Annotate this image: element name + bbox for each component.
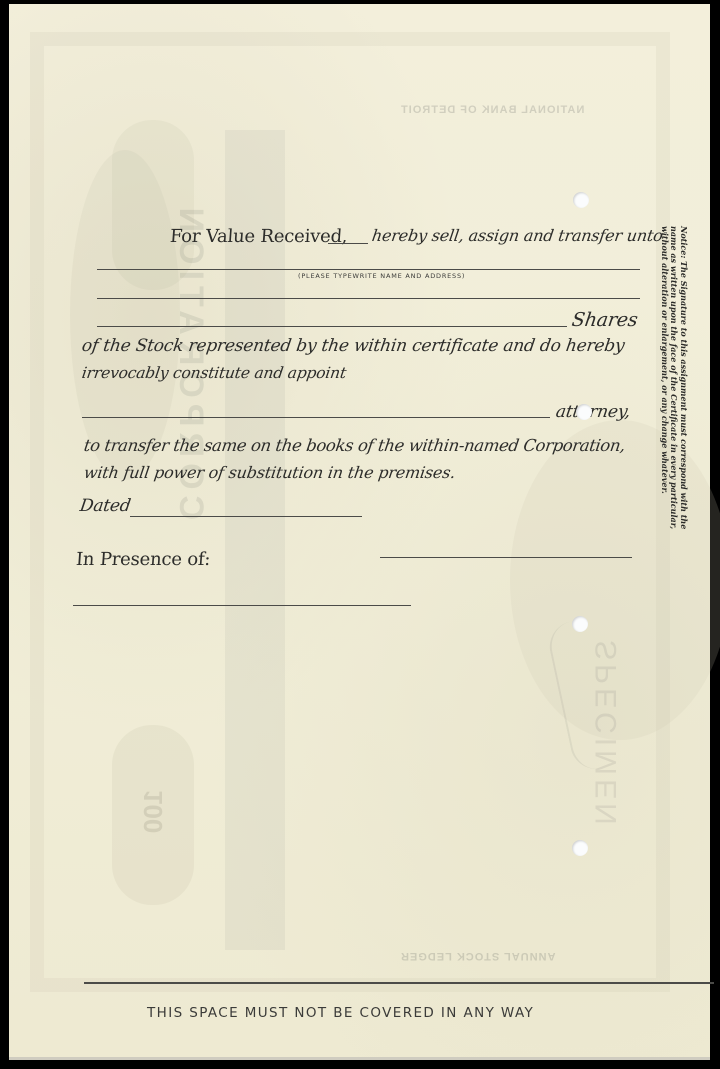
substitution-text: with full power of substitution in the p… bbox=[83, 463, 457, 482]
date-line[interactable] bbox=[130, 516, 362, 517]
dated-label: Dated bbox=[79, 496, 132, 516]
punch-hole-2 bbox=[576, 404, 592, 420]
do-not-cover-warning: THIS SPACE MUST NOT BE COVERED IN ANY WA… bbox=[147, 1005, 534, 1021]
certificate-paper bbox=[9, 4, 710, 1057]
attorney-label: attorney, bbox=[555, 402, 632, 422]
punch-hole-1 bbox=[573, 192, 589, 208]
notice-line-2: name as written upon the face of the Cer… bbox=[669, 226, 679, 546]
shares-label: Shares bbox=[570, 309, 639, 331]
stock-represented-text: of the Stock represented by the within c… bbox=[81, 336, 626, 356]
ghost-specimen: SPECIMEN bbox=[590, 640, 624, 829]
signature-line[interactable] bbox=[380, 557, 632, 558]
ghost-denomination: 100 bbox=[138, 790, 169, 833]
witness-line[interactable] bbox=[73, 605, 411, 606]
notice-line-3: without alteration or enlargement, or an… bbox=[660, 226, 670, 546]
transfer-text: to transfer the same on the books of the… bbox=[83, 436, 627, 455]
signature-notice: Notice: The Signature to this assignment… bbox=[660, 226, 689, 546]
in-presence-of-label: In Presence of: bbox=[75, 549, 211, 570]
bottom-divider bbox=[84, 982, 714, 984]
blank-line-short[interactable] bbox=[328, 243, 368, 244]
for-value-received-label: For Value Received, bbox=[169, 226, 348, 247]
ghost-bank-footer: ANNUAL STOCK LEDGER bbox=[400, 950, 556, 962]
punch-hole-4 bbox=[572, 840, 588, 856]
assignee-address-line[interactable] bbox=[97, 298, 640, 299]
typewrite-hint: (PLEASE TYPEWRITE NAME AND ADDRESS) bbox=[298, 272, 465, 280]
notice-line-1: Notice: The Signature to this assignment… bbox=[679, 226, 689, 546]
ghost-bank-header: NATIONAL BANK OF DETROIT bbox=[400, 104, 584, 116]
irrevocably-text: irrevocably constitute and appoint bbox=[81, 364, 348, 382]
attorney-name-line[interactable] bbox=[82, 417, 550, 418]
assignee-name-line[interactable] bbox=[97, 269, 640, 270]
hereby-sell-label: hereby sell, assign and transfer unto bbox=[371, 226, 664, 245]
paper-edge bbox=[9, 1057, 710, 1060]
shares-count-line[interactable] bbox=[97, 326, 567, 327]
punch-hole-3 bbox=[572, 616, 588, 632]
